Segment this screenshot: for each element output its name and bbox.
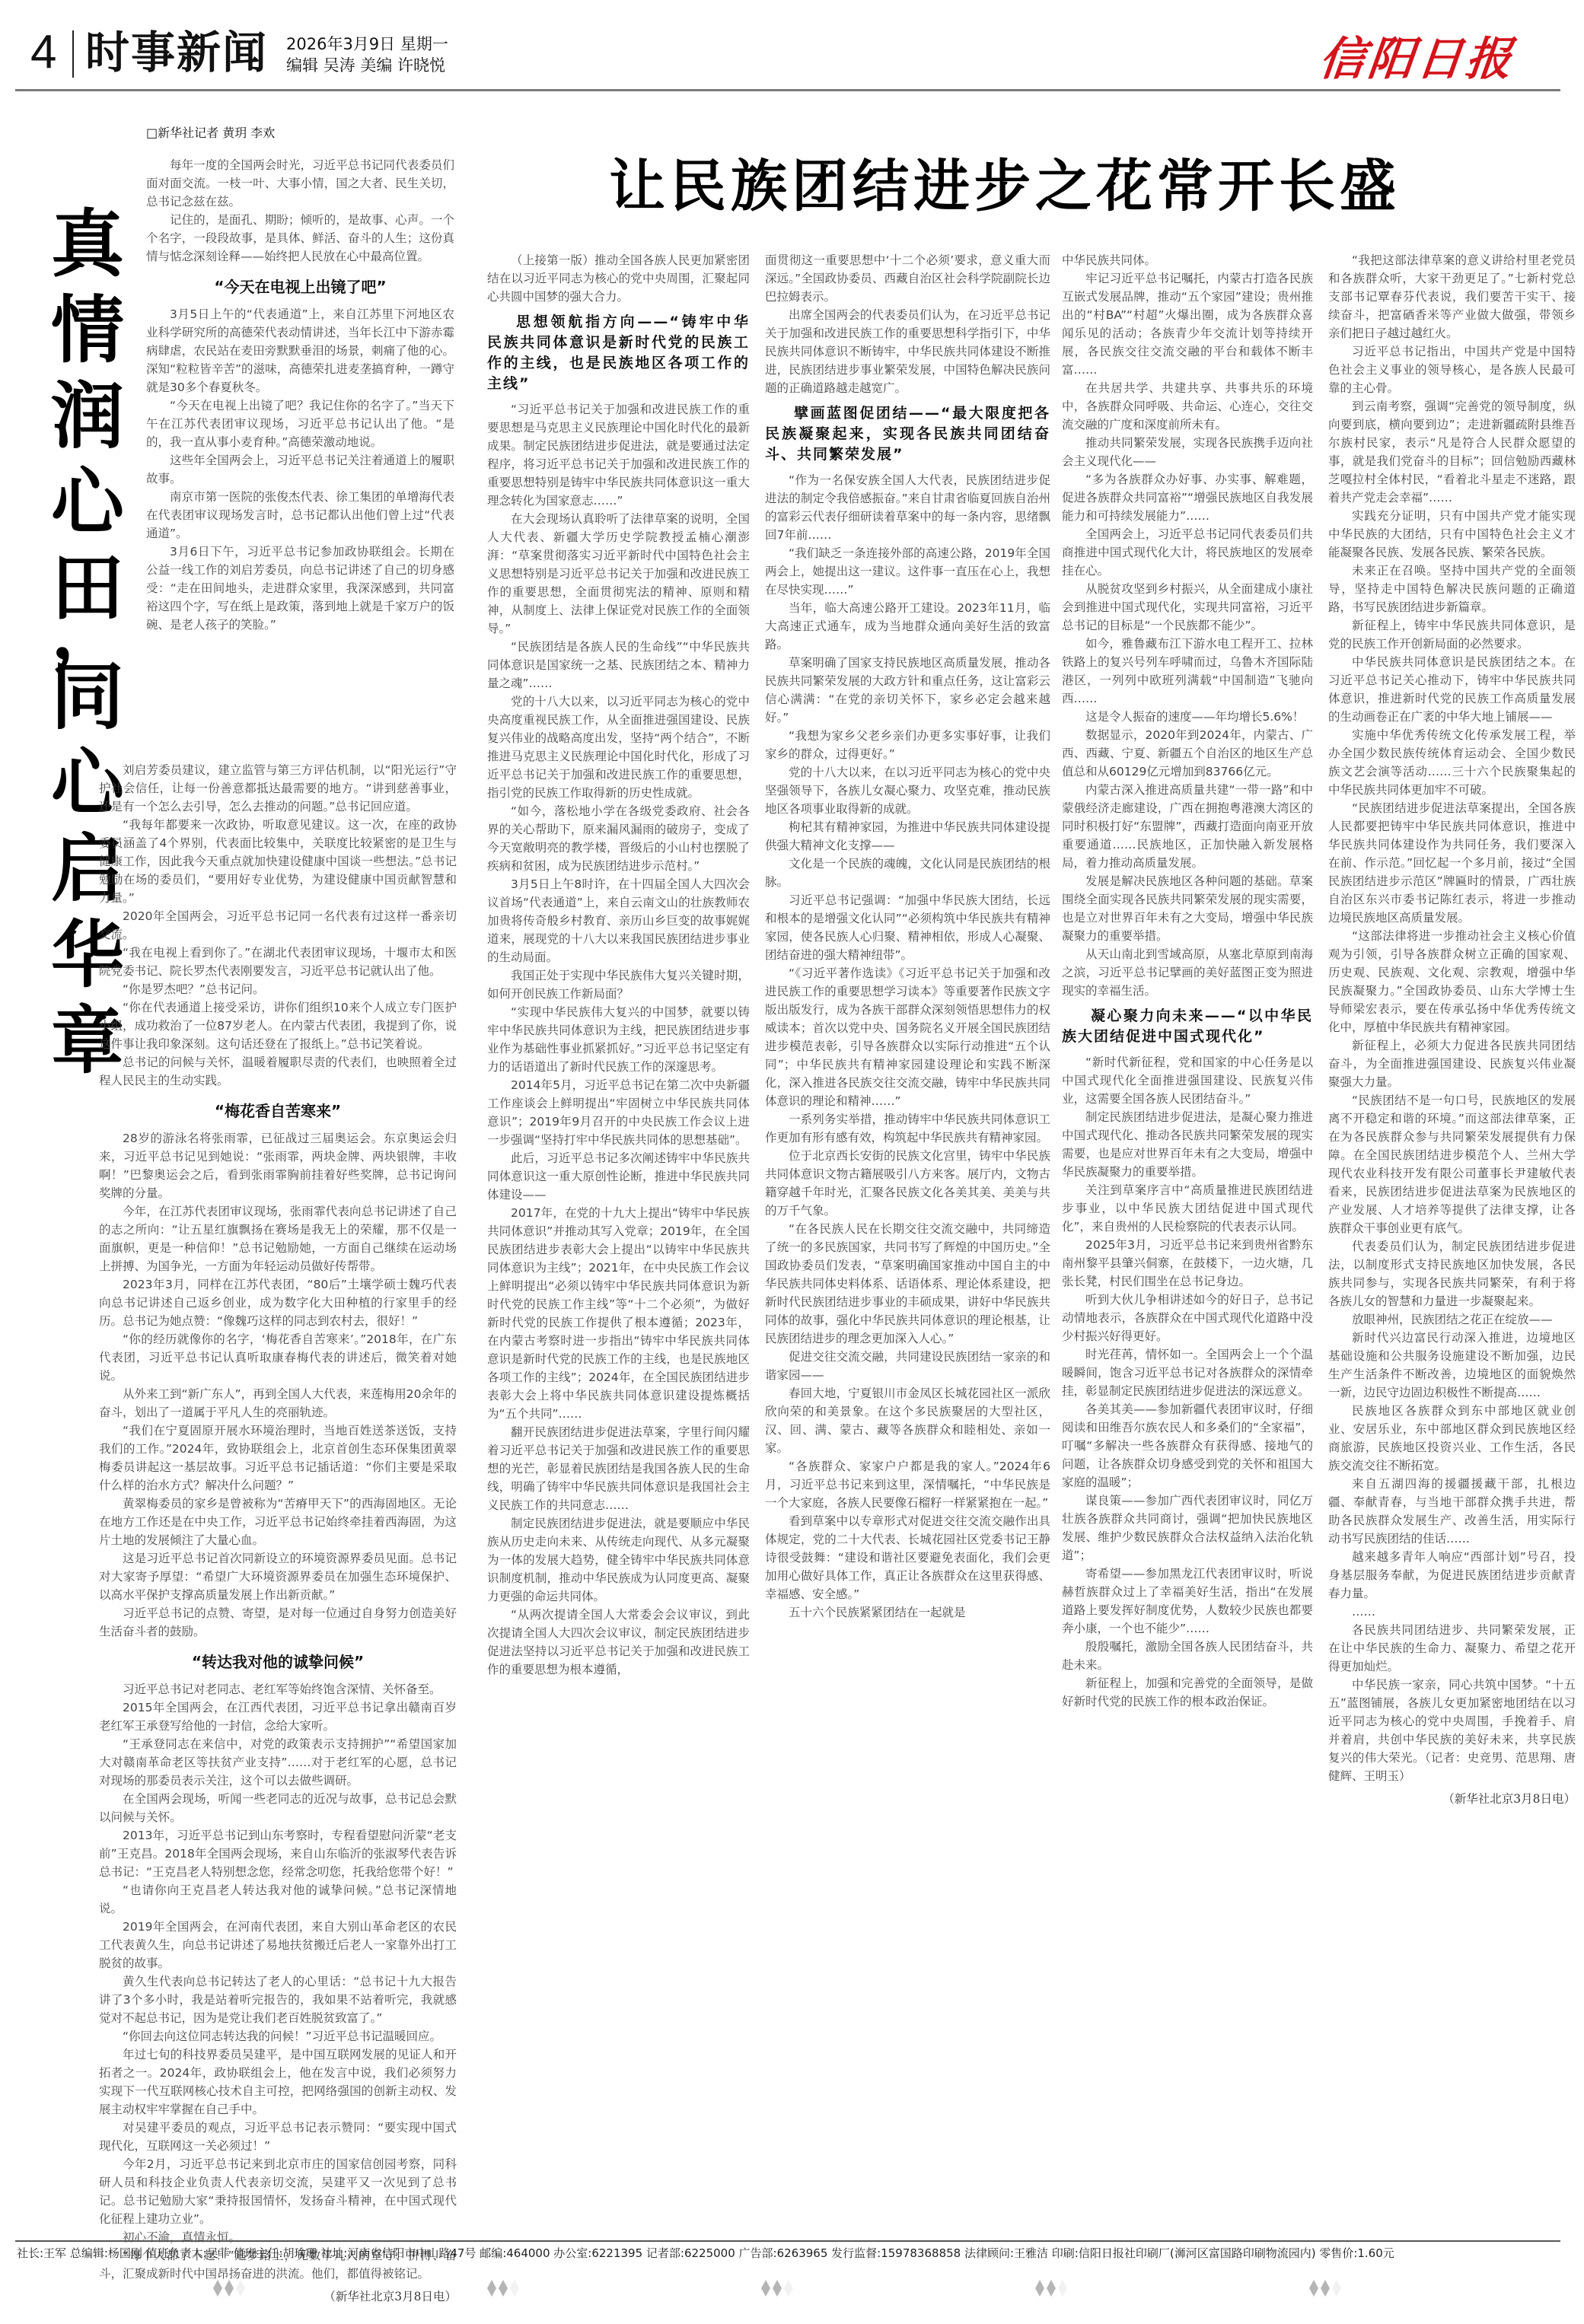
article2-column-2: 面贯彻这一重要思想中‘十二个必须’要求，意义重大而深远。”全国政协委员、西藏自治… <box>765 251 1050 1622</box>
article2-para: 新时代兴边富民行动深入推进，边境地区基础设施和公共服务设施建设不断加强，边民生产… <box>1328 1329 1576 1402</box>
article2-para: 在共居共学、共建共享、共事共乐的环境中，各族群众同呼吸、共命运、心连心，交往交流… <box>1062 379 1313 434</box>
article2-para: “如今，落松地小学在各级党委政府、社会各界的关心帮助下，原来漏风漏雨的破房子，变… <box>487 802 750 875</box>
article1-para: “你在代表通道上接受采访，讲你们组织10来个人成立专门医护小组，成功救治了一位8… <box>99 998 457 1053</box>
article1-para: 习近平总书记对老同志、老红军等始终饱含深情、关怀备至。 <box>99 1680 457 1698</box>
article2-para: 2025年3月，习近平总书记来到贵州省黔东南州黎平县肇兴侗寨，在鼓楼下，一边火塘… <box>1062 1236 1313 1291</box>
article2-para: 翻开民族团结进步促进法草案，字里行间闪耀着习近平总书记关于加强和改进民族工作的重… <box>487 1423 750 1514</box>
article1-para: 今年2月，习近平总书记来到北京市庄的国家信创园考察，同科研人员和科技企业负责人代… <box>99 2155 457 2228</box>
article1-para: 3月6日下午，习近平总书记参加政协联组会。长期在公益一线工作的刘启芳委员，向总书… <box>146 543 454 634</box>
headline-char: 同 <box>51 654 124 740</box>
article2-para: 面贯彻这一重要思想中‘十二个必须’要求，意义重大而深远。”全国政协委员、西藏自治… <box>765 251 1050 306</box>
article2-para: 到云南考察，强调“完善党的领导制度，纵向要到底，横向要到边”；走进新疆疏附县维吾… <box>1328 397 1576 507</box>
article1-para: 2019年全国两会，在河南代表团，来自大别山革命老区的农民工代表黄久生，向总书记… <box>99 1918 457 1972</box>
article2-para: 来自五湖四海的援疆援藏干部，扎根边疆、奉献青春，与当地干部群众携手共进，帮助各民… <box>1328 1475 1576 1548</box>
article1-para: “我每年都要来一次政协，听取意见建议。这一次，在座的政协委员涵盖了4个界别，代表… <box>99 816 457 907</box>
diamond-ornament-icon <box>487 2280 519 2297</box>
headline-char: 心 <box>51 460 124 546</box>
article2-para: “多为各族群众办好事、办实事、解难题，促进各族群众共同富裕”“增强民族地区自我发… <box>1062 470 1313 525</box>
article1-para: 今年，在江苏代表团审议现场，张雨霏代表向总书记讲述了自己的志之所向：“让五星红旗… <box>99 1202 457 1275</box>
article2-para: “在各民族人民在长期交往交流交融中，共同缔造了统一的多民族国家，共同书写了辉煌的… <box>765 1220 1050 1348</box>
article2-para: 如今，雅鲁藏布江下游水电工程开工、拉林铁路上的复兴号列车呼啸而过，乌鲁木齐国际陆… <box>1062 635 1313 708</box>
article2-para: 实践充分证明，只有中国共产党才能实现中华民族的大团结，只有中国特色社会主义才能凝… <box>1328 507 1576 562</box>
article1-para: “你是罗杰吧？”总书记问。 <box>99 980 457 998</box>
article2-para: 未来正在召唤。坚持中国共产党的全面领导，坚持走中国特色解决民族问题的正确道路，书… <box>1328 562 1576 616</box>
page-number: 4 <box>30 29 56 76</box>
article2-para: 中华民族一家亲，同心共筑中国梦。“十五五”蓝图铺展，各族儿女更加紧密地团结在以习… <box>1328 1676 1576 1785</box>
article2-para: 牢记习近平总书记嘱托，内蒙古打造各民族互嵌式发展品牌，推动“五个家园”建设；贵州… <box>1062 269 1313 379</box>
article2-para: 此后，习近平总书记多次阐述铸牢中华民族共同体意识这一重大原创性论断，推进中华民族… <box>487 1149 750 1204</box>
article1-para: 3月5日上午的“代表通道”上，来自江苏里下河地区农业科学研究所的高德荣代表动情讲… <box>146 305 454 396</box>
article2-para: 殷殷嘱托，激励全国各族人民团结奋斗，共赴未来。 <box>1062 1638 1313 1674</box>
article1-para: 南京市第一医院的张俊杰代表、徐工集团的单增海代表在代表团审议现场发言时，总书记都… <box>146 488 454 543</box>
article2-para: “实现中华民族伟大复兴的中国梦，就要以铸牢中华民族共同体意识为主线，把民族团结进… <box>487 1003 750 1076</box>
article2-para: “民族团结进步促进法草案提出，全国各族人民都要把铸牢中华民族共同体意识，推进中华… <box>1328 799 1576 927</box>
article2-para: 代表委员们认为，制定民族团结进步促进法，以制度形式支持民族地区加快发展，各民族共… <box>1328 1237 1576 1310</box>
article1-para: “我们在宁夏固原开展水环境治理时，当地百姓送茶送饭，支持我们的工作。”2024年… <box>99 1421 457 1495</box>
article2-para: 新征程上，铸牢中华民族共同体意识，是党的民族工作开创新局面的必然要求。 <box>1328 616 1576 653</box>
diamond-ornament-icon <box>1035 2280 1067 2297</box>
article2-para: 新征程上，必须大力促进各民族共同团结奋斗，为全面推进强国建设、民族复兴伟业凝聚强… <box>1328 1036 1576 1091</box>
article2-para: “《习近平著作选读》《习近平总书记关于加强和改进民族工作的重要思想学习读本》等重… <box>765 964 1050 1110</box>
article2-para: “民族团结是各族人民的生命线”“中华民族共同体意识是国家统一之基、民族团结之本、… <box>487 638 750 692</box>
article2-para: 枸杞其有精神家园，为推进中华民族共同体建设提供强大精神文化支撑—— <box>765 818 1050 855</box>
article1-para: “你回去向这位同志转达我的问候！”习近平总书记温暖回应。 <box>99 2027 457 2045</box>
article2-para: 内蒙古深入推进高质量共建“一带一路”和中蒙俄经济走廊建设，广西在拥抱粤港澳大湾区… <box>1062 781 1313 872</box>
article2-para: …… <box>1328 1603 1576 1621</box>
article1-para: 从外来工到“新广东人”，再到全国人大代表，来莲梅用20余年的奋斗，划出了一道属于… <box>99 1385 457 1421</box>
article1-para: 这些年全国两会上，习近平总书记关注着通道上的履职故事。 <box>146 451 454 488</box>
article1-para: 2023年3月，同样在江苏代表团，“80后”土壤学硕士魏巧代表向总书记讲述自己返… <box>99 1275 457 1330</box>
article2-para: 中华民族共同体意识是民族团结之本。在习近平总书记关心推动下，铸牢中华民族共同体意… <box>1328 653 1576 726</box>
article1-para: “我在电视上看到你了。”在湖北代表团审议现场，十堰市太和医院党委书记、院长罗杰代… <box>99 944 457 980</box>
article2-para: 习近平总书记强调：“加强中华民族大团结，长远和根本的是增强文化认同”“必须构筑中… <box>765 891 1050 964</box>
issue-meta: 2026年3月9日 星期一 编辑 吴涛 美编 许晓悦 <box>286 33 448 76</box>
article2-para: 听到大伙儿争相讲述如今的好日子，总书记动情地表示，各族群众在中国式现代化道路中没… <box>1062 1291 1313 1345</box>
article2-para: “民族团结不是一句口号，民族地区的发展离不开稳定和谐的环境。”而这部法律草案，正… <box>1328 1091 1576 1237</box>
article2-para: “我们缺乏一条连接外部的高速公路，2019年全国两会上，她提出这一建议。这件事一… <box>765 544 1050 599</box>
diamond-ornament-icon <box>1309 2280 1341 2297</box>
headline-char: 情 <box>51 288 124 374</box>
article1-para: 黄久生代表向总书记转达了老人的心里话：“总书记十九大报告讲了3个多小时，我是站着… <box>99 1972 457 2027</box>
article1-para: “也请你向王克昌老人转达我对他的诚挚问候。”总书记深情地说。 <box>99 1881 457 1918</box>
article1-para: 在全国两会现场，听闻一些老同志的近况与故事，总书记总会默以问候与关怀。 <box>99 1790 457 1826</box>
article2-para: 寄希望——参加黑龙江代表团审议时，听说赫哲族群众过上了幸福美好生活，指出“在发展… <box>1062 1565 1313 1638</box>
article2-para: “这部法律将进一步推动社会主义核心价值观为引领，引导各族群众树立正确的国家观、历… <box>1328 927 1576 1036</box>
article2-para: 推动共同繁荣发展，实现各民族携手迈向社会主义现代化—— <box>1062 434 1313 470</box>
article2-para: 从脱贫攻坚到乡村振兴，从全面建成小康社会到推进中国式现代化，实现共同富裕，习近平… <box>1062 580 1313 635</box>
footer-imprint: 社长:王军 总编辑:杨国刚 值班负责人:吴菲 值班主任:胡瑜珊 社址:河南省信阳… <box>17 2245 1570 2262</box>
article2-para: 新征程上，加强和完善党的全面领导，是做好新时代党的民族工作的根本政治保证。 <box>1062 1674 1313 1711</box>
footer-rule <box>15 2240 1560 2242</box>
article2-para: 制定民族团结进步促进法，是凝心聚力推进中国式现代化、推动各民族共同繁荣发展的现实… <box>1062 1108 1313 1181</box>
article2-para: 从天山南北到雪域高原，从塞北草原到南海之滨，习近平总书记擘画的美好蓝图正变为照进… <box>1062 945 1313 1000</box>
diamond-ornament-icon <box>213 2280 245 2297</box>
masthead-rule <box>15 89 1560 91</box>
article1-column-upper: 每年一度的全国两会时光，习近平总书记同代表委员们面对面交流。一枝一叶、大事小情，… <box>146 156 454 634</box>
masthead-divider <box>72 30 74 78</box>
article2-column-4: “我把这部法律草案的意义讲给村里老党员和各族群众听，大家干劲更足了。”七新村党总… <box>1328 251 1576 1808</box>
article1-subhead: “今天在电视上出镜了吧” <box>146 276 454 298</box>
article1-para: 刘启芳委员建议，建立监管与第三方评估机制，以“阳光运行”守护社会信任，让每一份善… <box>99 761 457 816</box>
article2-para: 文化是一个民族的魂魄，文化认同是民族团结的根脉。 <box>765 855 1050 891</box>
article2-para: 谋良策——参加广西代表团审议时，同亿万壮族各族群众共同商讨，强调“把加快民族地区… <box>1062 1491 1313 1565</box>
article1-para: “王承登同志在来信中，对党的政策表示支持拥护”“希望国家加大对赣南革命老区等扶贫… <box>99 1735 457 1790</box>
article1-para: 习近平总书记的点赞、寄望，是对每一位通过自身努力创造美好生活奋斗者的鼓励。 <box>99 1604 457 1641</box>
article2-para: 促进交往交流交融，共同建设民族团结一家亲的和谐家园—— <box>765 1348 1050 1384</box>
article2-para: 出席全国两会的代表委员们认为，在习近平总书记关于加强和改进民族工作的重要思想科学… <box>765 306 1050 397</box>
article1-para: 2013年，习近平总书记到山东考察时，专程看望慰问沂蒙“老支前”王克昌。2018… <box>99 1826 457 1881</box>
article1-byline: □新华社记者 黄玥 李欢 <box>146 123 275 141</box>
article2-para: “新时代新征程，党和国家的中心任务是以中国式现代化全面推进强国建设、民族复兴伟业… <box>1062 1053 1313 1108</box>
article1-para: “今天在电视上出镜了吧？我记住你的名字了。”当天下午在江苏代表团审议现场，习近平… <box>146 396 454 451</box>
article2-para: 制定民族团结进步促进法，就是要顺应中华民族从历史走向未来、从传统走向现代、从多元… <box>487 1514 750 1606</box>
article1-para: 初心不渝，真情永恒。 <box>99 2228 457 2246</box>
headline-char: 润 <box>51 374 124 460</box>
article2-para: 时光荏苒，情怀如一。全国两会上一个个温暖瞬间，饱含习近平总书记对各族群众的深情牵… <box>1062 1345 1313 1400</box>
headline-char: 真 <box>51 202 124 288</box>
article2-para: “我想为家乡父老乡亲们办更多实事好事，让我们家乡的群众，过得更好。” <box>765 727 1050 763</box>
article1-para: 2020年全国两会，习近平总书记同一名代表有过这样一番亲切交流。 <box>99 907 457 944</box>
article2-column-1: （上接第一版）推动全国各族人民更加紧密团结在以习近平同志为核心的党中央周围，汇聚… <box>487 251 750 1679</box>
article2-para: 草案明确了国家支持民族地区高质量发展，推动各民族共同繁荣发展的大政方针和重点任务… <box>765 654 1050 727</box>
article1-intro-para: 记住的，是面孔、期盼；倾听的，是故事、心声。一个个名字，一段段故事，是具体、鲜活… <box>146 211 454 266</box>
newspaper-logo: 信阳日报 <box>1316 23 1518 88</box>
article2-para: 各美其美——参加新疆代表团审议时，仔细阅读和田维吾尔族农民人和多桑们的“全家福”… <box>1062 1400 1313 1491</box>
article2-para: 春回大地，宁夏银川市金凤区长城花园社区一派欣欣向荣的和美景象。在这个多民族聚居的… <box>765 1384 1050 1457</box>
article2-para: 数据显示，2020年到2024年，内蒙古、广西、西藏、宁夏、新疆五个自治区的地区… <box>1062 726 1313 781</box>
article1-column-lower: 刘启芳委员建议，建立监管与第三方评估机制，以“阳光运行”守护社会信任，让每一份善… <box>99 761 457 2306</box>
article1-para: 对吴建平委员的观点，习近平总书记表示赞同：“要实现中国式现代化，互联网这一关必须… <box>99 2119 457 2155</box>
article2-para: 五十六个民族紧紧团结在一起就是 <box>765 1603 1050 1622</box>
article1-para: 黄翠梅委员的家乡是曾被称为“苦瘠甲天下”的西海固地区。无论在地方工作还是在中央工… <box>99 1495 457 1549</box>
article2-para: 关注到草案序言中“高质量推进民族团结进步事业，以中华民族大团结促进中国式现代化”… <box>1062 1181 1313 1236</box>
article2-para: 我国正处于实现中华民族伟大复兴关键时期，如何开创民族工作新局面？ <box>487 966 750 1003</box>
article2-para: 2017年，在党的十九大上提出“铸牢中华民族共同体意识”并推动其写入党章；201… <box>487 1204 750 1423</box>
article2-lead: （上接第一版）推动全国各族人民更加紧密团结在以习近平同志为核心的党中央周围，汇聚… <box>487 251 750 306</box>
article2-para: “各族群众、家家户户都是我的家人。”2024年6月，习近平总书记来到这里，深情嘱… <box>765 1457 1050 1512</box>
article2-para: 习近平总书记指出，中国共产党是中国特色社会主义事业的领导核心，是各族人民最可靠的… <box>1328 342 1576 397</box>
article2-para: “作为一名保安族全国人大代表，民族团结进步促进法的制定令我倍感振奋。”来自甘肃省… <box>765 471 1050 544</box>
article2-para: 全国两会上，习近平总书记同代表委员们共商推进中国式现代化大计，将民族地区的发展牵… <box>1062 525 1313 580</box>
article2-headline: 让民族团结进步之花常开长盛 <box>609 152 1401 221</box>
article1-para: 总书记的问候与关怀，温暖着履职尽责的代表们，也映照着全过程人民民主的生动实践。 <box>99 1053 457 1090</box>
article1-para: 这是习近平总书记首次同新设立的环境资源界委员见面。总书记对大家寄予厚望：“希望广… <box>99 1549 457 1604</box>
article2-para: 放眼神州，民族团结之花正在绽放—— <box>1328 1310 1576 1329</box>
article1-para: “你的经历就像你的名字，‘梅花香自苦寒来’。”2018年，在广东代表团，习近平总… <box>99 1330 457 1385</box>
article2-para: 党的十八大以来，在以习近平同志为核心的党中央坚强领导下，各族儿女凝心聚力、攻坚克… <box>765 763 1050 818</box>
article2-para: 党的十八大以来，以习近平同志为核心的党中央高度重视民族工作，从全面推进强国建设、… <box>487 692 750 802</box>
article1-para: 28岁的游泳名将张雨霏，已征战过三届奥运会。东京奥运会归来，习近平总书记见到她说… <box>99 1129 457 1202</box>
issue-date: 2026年3月9日 星期一 <box>286 33 448 55</box>
article2-column-3: 中华民族共同体。 牢记习近平总书记嘱托，内蒙古打造各民族互嵌式发展品牌，推动“五… <box>1062 251 1313 1711</box>
article2-para: 这是令人振奋的速度——年均增长5.6%！ <box>1062 708 1313 726</box>
article2-subhead: 擘画蓝图促团结——“最大限度把各民族凝聚起来，实现各民族共同团结奋斗、共同繁荣发… <box>765 403 1050 465</box>
article2-para: “从两次提请全国人大常委会会议审议，到此次提请全国人大四次会议审议，制定民族团结… <box>487 1606 750 1679</box>
masthead: 4 时事新闻 2026年3月9日 星期一 编辑 吴涛 美编 许晓悦 信阳日报 <box>15 23 1568 91</box>
article1-subhead: “梅花香自苦寒来” <box>99 1100 457 1122</box>
article2-para: “我把这部法律草案的意义讲给村里老党员和各族群众听，大家干劲更足了。”七新村党总… <box>1328 251 1576 342</box>
article2-para: 3月5日上午8时许，在十四届全国人大四次会议首场“代表通道”上，来自云南文山的壮… <box>487 875 750 966</box>
article2-para: “习近平总书记关于加强和改进民族工作的重要思想是马克思主义民族理论中国化时代化的… <box>487 400 750 510</box>
article2-subhead: 思想领航指方向——“铸牢中华民族共同体意识是新时代党的民族工作的主线，也是民族地… <box>487 312 750 394</box>
article1-intro-para: 每年一度的全国两会时光，习近平总书记同代表委员们面对面交流。一枝一叶、大事小情，… <box>146 156 454 211</box>
article2-subhead: 凝心聚力向未来——“以中华民族大团结促进中国式现代化” <box>1062 1006 1313 1047</box>
article1-para: 年过七旬的科技界委员吴建平，是中国互联网发展的见证人和开拓者之一。2024年，政… <box>99 2045 457 2119</box>
article2-para: 中华民族共同体。 <box>1062 251 1313 269</box>
article2-para: 位于北京西长安街的民族文化宫里，铸牢中华民族共同体意识文物古籍展吸引八方来客。展… <box>765 1147 1050 1220</box>
article2-para: 越来越多青年人响应“西部计划”号召，投身基层服务奉献，为促进民族团结进步贡献青春… <box>1328 1548 1576 1603</box>
article2-para: 各民族共同团结进步、共同繁荣发展，正在让中华民族的生命力、凝聚力、希望之花开得更… <box>1328 1621 1576 1676</box>
article2-para: 民族地区各族群众到东中部地区就业创业、安居乐业，东中部地区群众到民族地区经商旅游… <box>1328 1402 1576 1475</box>
diamond-ornament-icon <box>761 2280 793 2297</box>
article1-subhead: “转达我对他的诚挚问候” <box>99 1651 457 1673</box>
headline-char: ， <box>51 609 124 654</box>
footer-ornaments <box>0 2280 1584 2303</box>
section-title: 时事新闻 <box>85 27 268 78</box>
article2-para: 在大会现场认真聆听了法律草案的说明，全国人大代表、新疆大学历史学院教授孟楠心潮澎… <box>487 510 750 638</box>
article1-para: 2015年全国两会，在江西代表团，习近平总书记拿出赣南百岁老红军王承登写给他的一… <box>99 1698 457 1735</box>
editor-credits: 编辑 吴涛 美编 许晓悦 <box>286 55 448 76</box>
article2-para: 实施中华优秀传统文化传承发展工程，举办全国少数民族传统体育运动会、全国少数民族文… <box>1328 726 1576 799</box>
article2-para: 看到草案中以专章形式对促进交往交流交融作出具体规定，党的二十大代表、长城花园社区… <box>765 1512 1050 1603</box>
article2-para: 发展是解决民族地区各种问题的基础。草案围绕全面实现各民族共同繁荣发展的现实需要，… <box>1062 872 1313 945</box>
article2-para: 一系列务实举措，推动铸牢中华民族共同体意识工作更加有形有感有效，构筑起中华民族共… <box>765 1110 1050 1147</box>
article2-para: 当年，临大高速公路开工建设。2023年11月，临大高速正式通车，成为当地群众通向… <box>765 599 1050 654</box>
article2-para: 2014年5月，习近平总书记在第二次中央新疆工作座谈会上鲜明提出“牢固树立中华民… <box>487 1076 750 1149</box>
article2-dateline: （新华社北京3月8日电） <box>1328 1790 1576 1808</box>
